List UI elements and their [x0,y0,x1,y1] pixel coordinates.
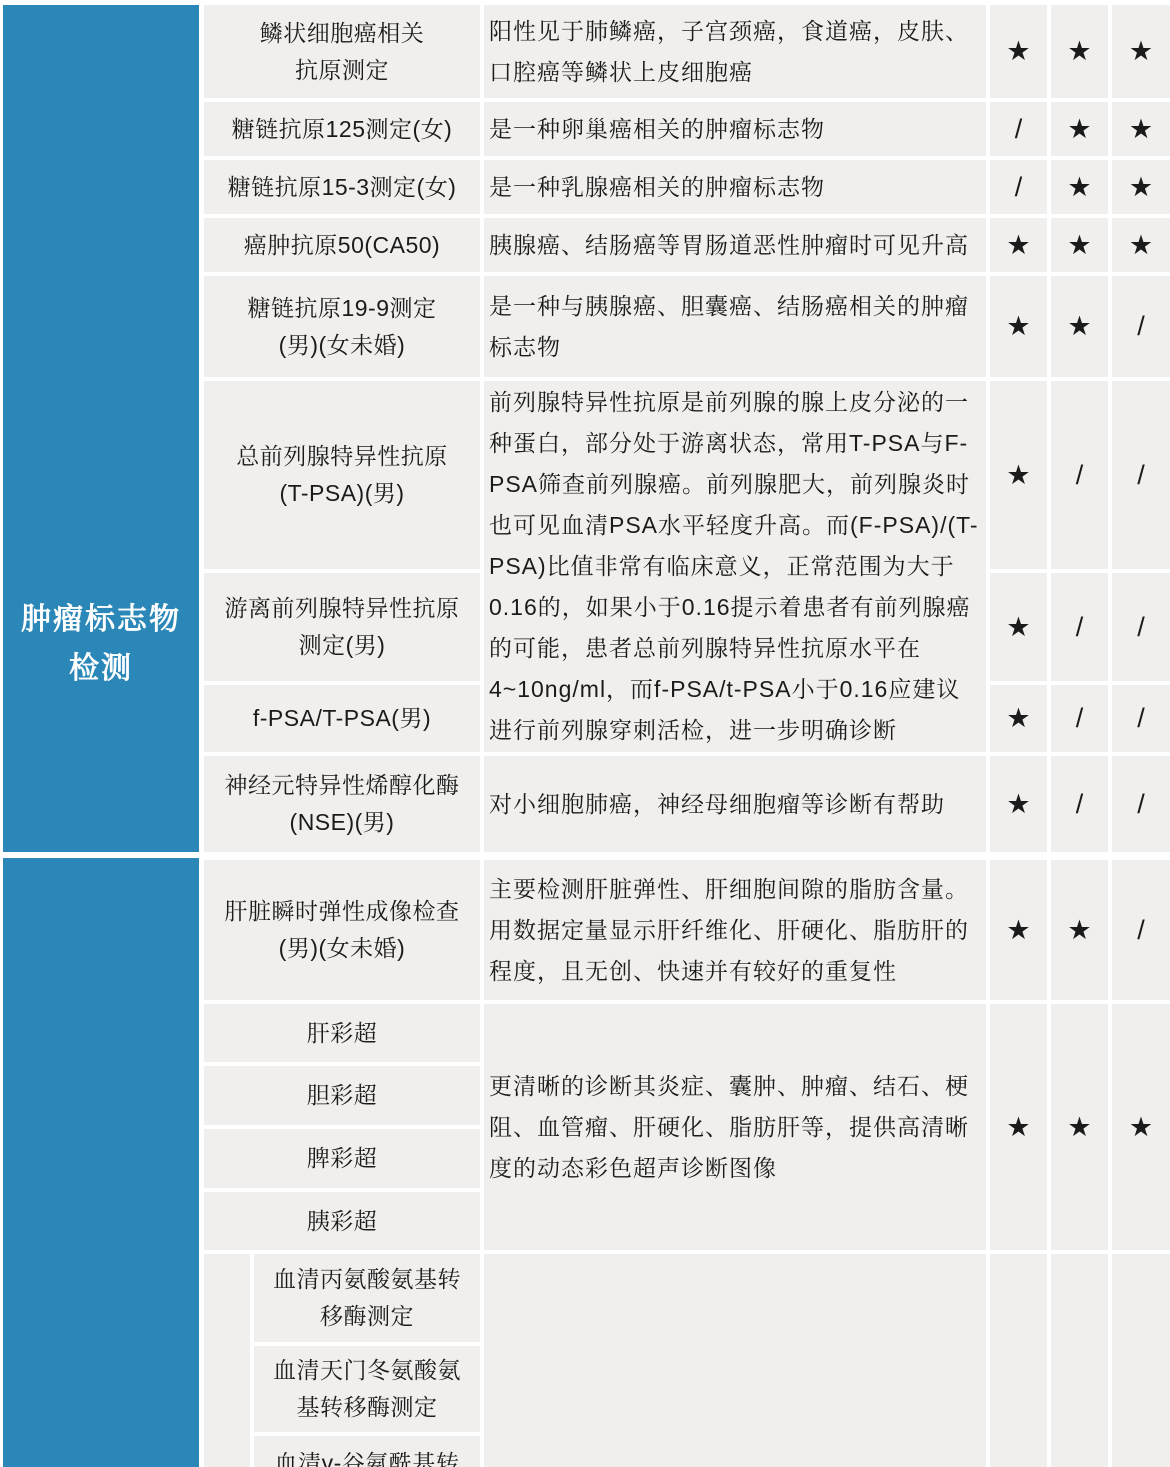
test-name-cell: 血清丙氨酸氨基转 移酶测定 [254,1254,480,1342]
package-1-mark: ★ [990,756,1047,852]
package-3-mark: / [1112,756,1170,852]
package-2-mark: / [1051,381,1108,569]
category-block-tumor-markers [3,5,199,852]
package-1-mark: ★ [990,685,1047,752]
test-name-cell: 癌肿抗原50(CA50) [204,218,480,272]
package-1-mark: / [990,160,1047,214]
package-3-mark: ★ [1112,5,1170,98]
checkup-package-table: 肿瘤标志物 检测 鳞状细胞癌相关 抗原测定 阳性见于肺鳞癌，子宫颈癌，食道癌，皮… [0,0,1170,1467]
package-3-mark: ★ [1112,218,1170,272]
test-name-cell: 血清天门冬氨酸氨 基转移酶测定 [254,1346,480,1432]
test-name-cell: 血清γ-谷氨酰基转 [254,1436,480,1467]
package-1-mark: ★ [990,218,1047,272]
package-3-mark: / [1112,381,1170,569]
ultrasound-merged-description-cell: 更清晰的诊断其炎症、囊肿、肿瘤、结石、梗阻、血管瘤、肝硬化、脂肪肝等，提供高清晰… [484,1004,986,1250]
package-3-mark: / [1112,860,1170,1000]
test-name-cell: 神经元特异性烯醇化酶 (NSE)(男) [204,756,480,852]
package-3-mark: ★ [1112,102,1170,156]
psa-merged-description-cell: 前列腺特异性抗原是前列腺的腺上皮分泌的一种蛋白，部分处于游离状态，常用T-PSA… [484,381,986,752]
package-1-mark: ★ [990,1004,1047,1250]
test-description-cell: 是一种卵巢癌相关的肿瘤标志物 [484,102,986,156]
package-1-mark: ★ [990,276,1047,377]
package-2-mark: ★ [1051,276,1108,377]
package-2-mark: ★ [1051,1004,1108,1250]
package-2-mark: ★ [1051,5,1108,98]
package-2-mark: ★ [1051,102,1108,156]
test-name-cell: 总前列腺特异性抗原 (T-PSA)(男) [204,381,480,569]
package-1-mark: ★ [990,5,1047,98]
test-description-cell: 主要检测肝脏弹性、肝细胞间隙的脂肪含量。用数据定量显示肝纤维化、肝硬化、脂肪肝的… [484,860,986,1000]
test-description-cell: 是一种与胰腺癌、胆囊癌、结肠癌相关的肿瘤标志物 [484,276,986,377]
package-2-mark: ★ [1051,160,1108,214]
package-1-mark: ★ [990,381,1047,569]
package-2-mark: / [1051,573,1108,681]
test-name-cell: 游离前列腺特异性抗原 测定(男) [204,573,480,681]
package-1-mark: / [990,102,1047,156]
test-description-cell: 胰腺癌、结肠癌等胃肠道恶性肿瘤时可见升高 [484,218,986,272]
package-3-mark: / [1112,685,1170,752]
serum-merged-description-cell [484,1254,986,1467]
package-3-mark: / [1112,573,1170,681]
test-name-cell: 糖链抗原125测定(女) [204,102,480,156]
package-2-mark: / [1051,756,1108,852]
package-3-mark: / [1112,276,1170,377]
test-name-cell: f-PSA/T-PSA(男) [204,685,480,752]
package-2-mark [1051,1254,1108,1467]
test-name-cell: 胆彩超 [204,1066,480,1125]
test-name-cell: 脾彩超 [204,1129,480,1188]
package-2-mark: ★ [1051,860,1108,1000]
package-2-mark: ★ [1051,218,1108,272]
package-3-mark [1112,1254,1170,1467]
package-1-mark: ★ [990,860,1047,1000]
test-description-cell: 对小细胞肺癌，神经母细胞瘤等诊断有帮助 [484,756,986,852]
test-name-cell: 胰彩超 [204,1192,480,1250]
category-block-next-section [3,858,199,1467]
test-description-cell: 是一种乳腺癌相关的肿瘤标志物 [484,160,986,214]
subcategory-spacer-cell [204,1254,250,1467]
test-name-cell: 糖链抗原19-9测定 (男)(女未婚) [204,276,480,377]
package-1-mark: ★ [990,573,1047,681]
package-3-mark: ★ [1112,1004,1170,1250]
test-name-cell: 肝脏瞬时弹性成像检查 (男)(女未婚) [204,860,480,1000]
test-name-cell: 糖链抗原15-3测定(女) [204,160,480,214]
test-name-cell: 肝彩超 [204,1004,480,1062]
package-2-mark: / [1051,685,1108,752]
package-3-mark: ★ [1112,160,1170,214]
test-name-cell: 鳞状细胞癌相关 抗原测定 [204,5,480,98]
test-description-cell: 阳性见于肺鳞癌，子宫颈癌，食道癌，皮肤、口腔癌等鳞状上皮细胞癌 [484,5,986,98]
category-label: 肿瘤标志物 检测 [3,595,199,693]
package-1-mark [990,1254,1047,1467]
